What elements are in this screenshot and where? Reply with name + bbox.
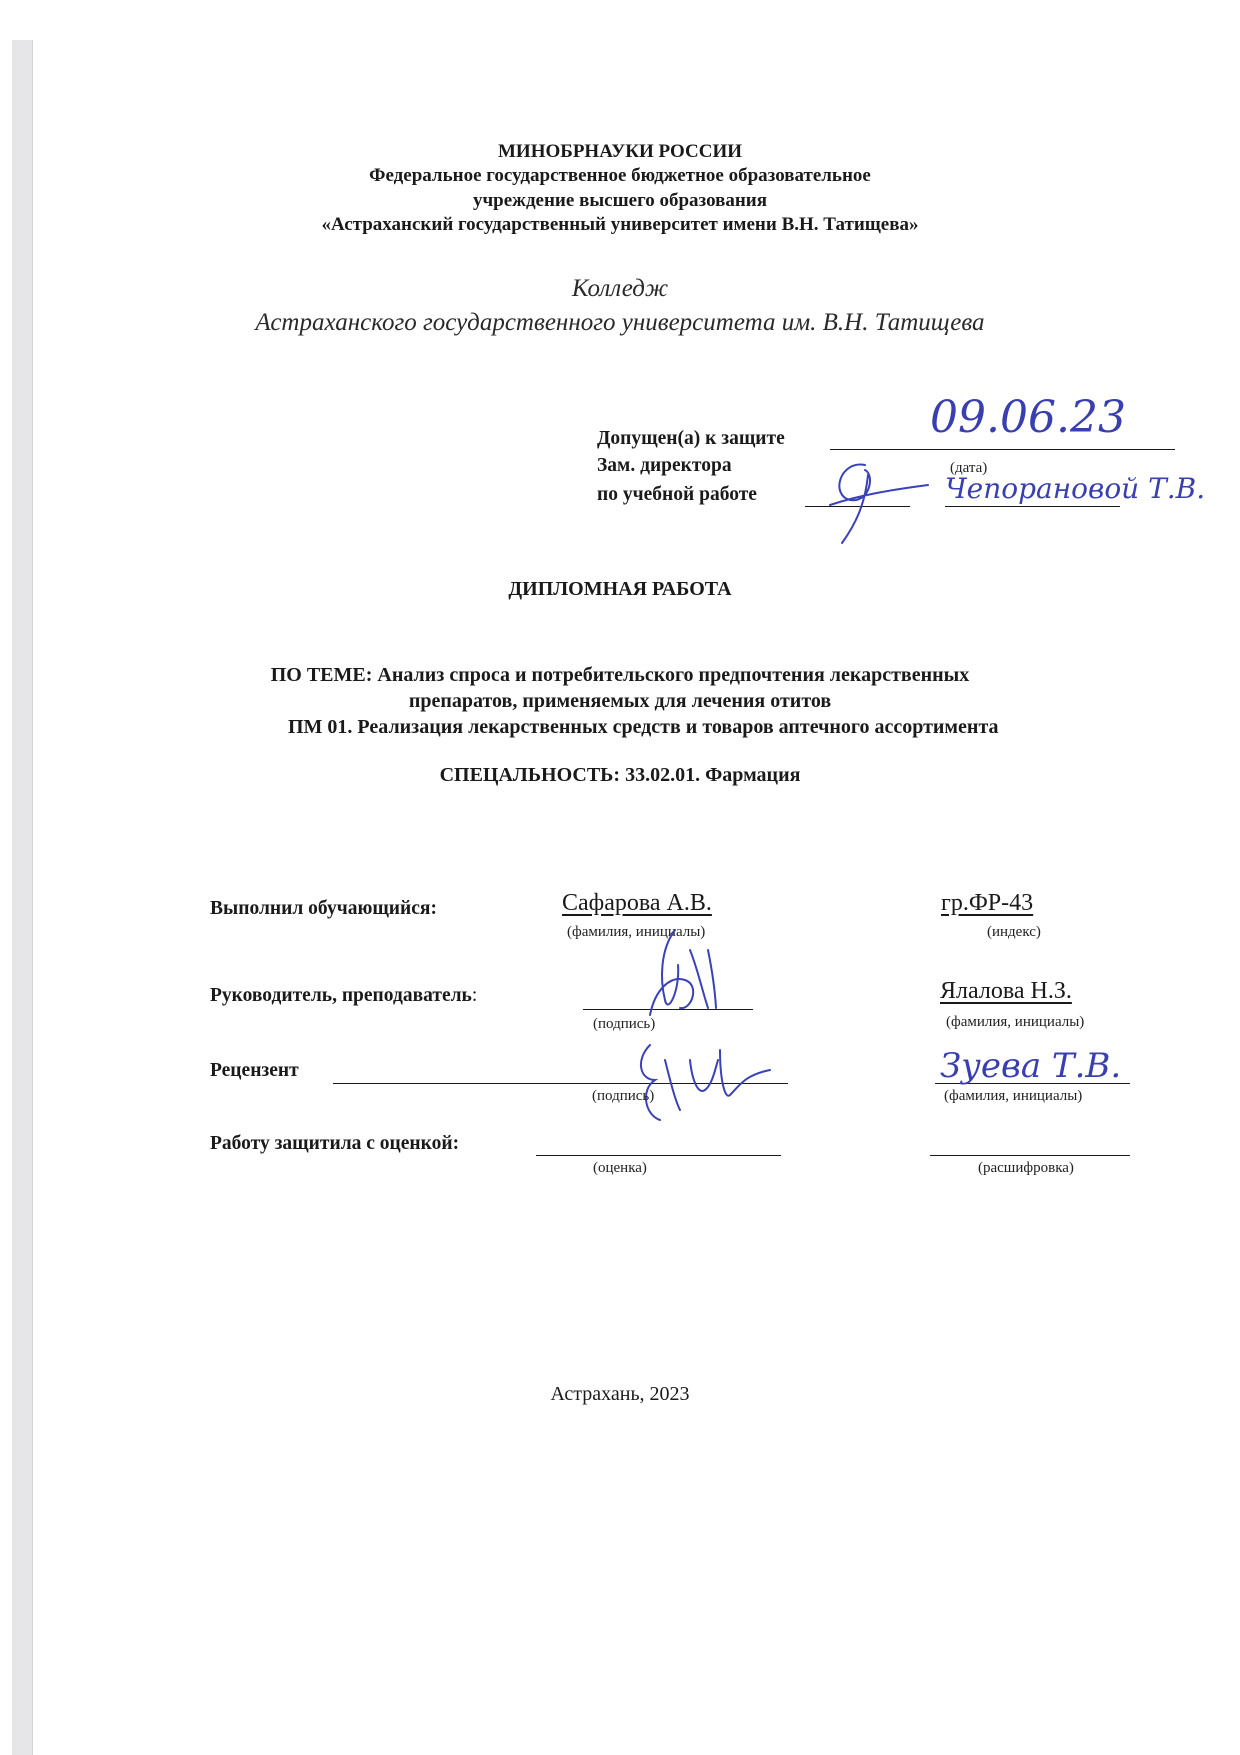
- topic-line-2: препаратов, применяемых для лечения отит…: [0, 690, 1240, 713]
- supervisor-name-caption: (фамилия, инициалы): [946, 1014, 1084, 1031]
- reviewer-signature-caption: (подпись): [592, 1088, 654, 1105]
- group-caption: (индекс): [987, 924, 1041, 941]
- city-year: Астрахань, 2023: [0, 1383, 1240, 1406]
- document-type: ДИПЛОМНАЯ РАБОТА: [0, 578, 1240, 601]
- deputy-name-line: [945, 506, 1120, 507]
- reviewer-label: Рецензент: [210, 1060, 299, 1082]
- reviewer-name-handwritten: Зуева Т.В.: [940, 1046, 1121, 1086]
- decode-line: [930, 1155, 1130, 1156]
- grade-line: [536, 1155, 781, 1156]
- deputy-signature: [820, 455, 930, 545]
- reviewer-signature: [620, 1040, 780, 1125]
- topic-line-1: ПО ТЕМЕ: Анализ спроса и потребительског…: [0, 664, 1240, 687]
- college-line-2: Астраханского государственного университ…: [0, 309, 1240, 337]
- supervisor-signature: [620, 920, 730, 1020]
- institution-line-1: Федеральное государственное бюджетное об…: [0, 164, 1240, 188]
- admitted-label: Допущен(а) к защите: [597, 428, 785, 450]
- specialty-line: СПЕЦАЛЬНОСТЬ: 33.02.01. Фармация: [0, 764, 1240, 787]
- supervisor-name: Ялалова Н.З.: [940, 978, 1072, 1005]
- student-name: Сафарова А.В.: [562, 890, 712, 917]
- university-name: «Астраханский государственный университе…: [0, 213, 1240, 237]
- supervisor-signature-caption: (подпись): [593, 1016, 655, 1033]
- deputy-name-handwritten: Чепорановой Т.В.: [945, 472, 1205, 505]
- admitted-date-handwritten: 09.06.23: [930, 392, 1126, 443]
- supervisor-label-text: Руководитель, преподаватель: [210, 985, 472, 1006]
- student-label: Выполнил обучающийся:: [210, 898, 437, 920]
- decode-caption: (расшифровка): [978, 1160, 1074, 1177]
- ministry-title: МИНОБРНАУКИ РОССИИ: [0, 140, 1240, 164]
- supervisor-colon: :: [472, 985, 477, 1006]
- supervisor-label: Руководитель, преподаватель:: [210, 985, 477, 1007]
- deputy-label: Зам. директора: [597, 455, 732, 477]
- module-line: ПМ 01. Реализация лекарственных средств …: [288, 716, 999, 739]
- institution-line-2: учреждение высшего образования: [0, 189, 1240, 213]
- academic-label: по учебной работе: [597, 484, 757, 506]
- reviewer-name-caption: (фамилия, инициалы): [944, 1088, 1082, 1105]
- grade-label: Работу защитила с оценкой:: [210, 1133, 459, 1155]
- admitted-date-line: [830, 449, 1175, 450]
- student-group: гр.ФР-43: [941, 890, 1033, 917]
- grade-caption: (оценка): [593, 1160, 647, 1177]
- college-line-1: Колледж: [0, 275, 1240, 303]
